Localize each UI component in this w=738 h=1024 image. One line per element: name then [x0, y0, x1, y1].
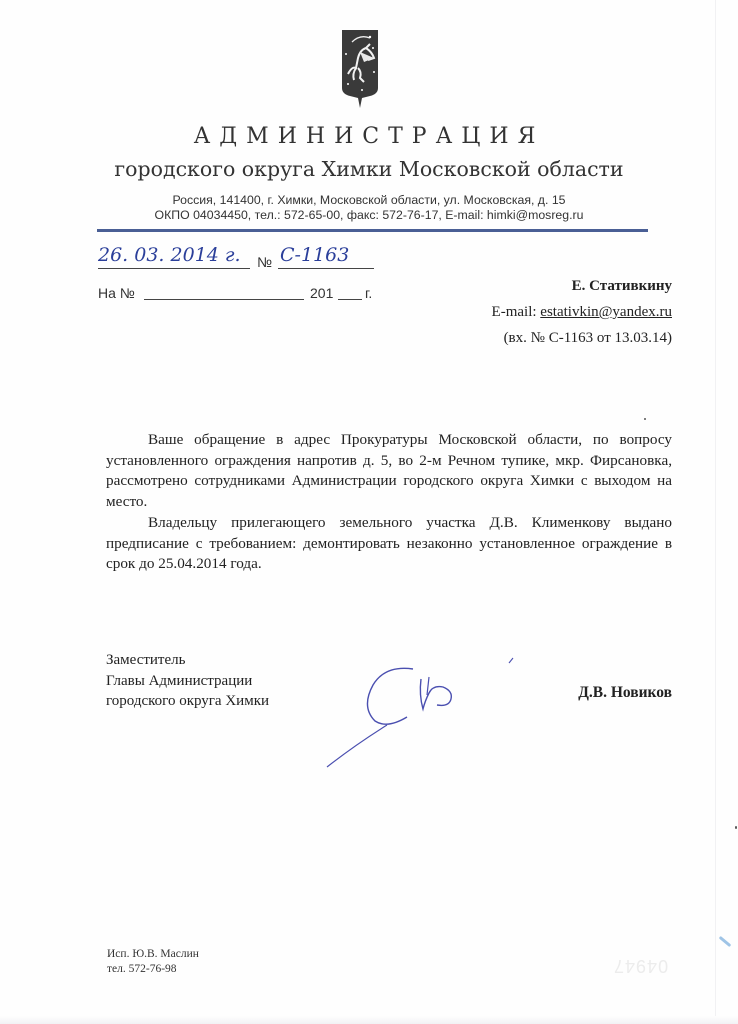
executor-name: Исп. Ю.В. Маслин [107, 947, 199, 962]
scan-speck [735, 826, 737, 829]
organization-subtitle: городского округа Химки Московской облас… [0, 157, 738, 181]
registration-number-label: № [257, 254, 272, 270]
letterhead-divider [97, 229, 648, 232]
email-label: E-mail: [492, 304, 541, 320]
registration-date: 26. 03. 2014 г. [98, 244, 241, 266]
reply-year-blank [338, 299, 362, 300]
faint-stamp-number: 04947 [613, 955, 668, 976]
executor-phone: тел. 572-76-98 [107, 962, 199, 977]
organization-contacts: ОКПО 04034450, тел.: 572-65-00, факс: 57… [0, 208, 738, 222]
signatory-name: Д.В. Новиков [578, 684, 672, 702]
scan-edge-bottom [0, 1016, 738, 1024]
addressee-email-link[interactable]: estativkin@yandex.ru [540, 304, 672, 320]
addressee-name: Е. Стативкину [572, 278, 672, 295]
signature-icon [325, 655, 525, 770]
reply-year-label: 201 [310, 285, 333, 301]
scan-edge [715, 0, 716, 1024]
number-underline [278, 268, 374, 269]
body-paragraph: Владельцу прилегающего земельного участк… [106, 513, 672, 575]
body-paragraph: Ваше обращение в адрес Прокуратуры Моско… [106, 430, 672, 513]
letter-body: Ваше обращение в адрес Прокуратуры Моско… [106, 430, 672, 575]
scan-speck [644, 418, 646, 420]
position-line: Заместитель [106, 650, 269, 671]
reply-year-suffix: г. [365, 285, 372, 301]
reply-to-label: На № [98, 285, 135, 301]
letter-page: АДМИНИСТРАЦИЯ городского округа Химки Мо… [0, 0, 738, 1024]
signatory-position: Заместитель Главы Администрации городско… [106, 650, 269, 712]
position-line: городского округа Химки [106, 691, 269, 712]
executor-info: Исп. Ю.В. Маслин тел. 572-76-98 [107, 947, 199, 977]
reply-number-blank [144, 299, 304, 300]
addressee-email-line: E-mail: estativkin@yandex.ru [492, 304, 672, 321]
organization-title: АДМИНИСТРАЦИЯ [0, 124, 738, 149]
coat-of-arms-icon [340, 28, 380, 110]
date-underline [98, 268, 250, 269]
position-line: Главы Администрации [106, 671, 269, 692]
registration-number: С-1163 [280, 244, 349, 266]
incoming-reference: (вх. № С-1163 от 13.03.14) [504, 330, 672, 347]
organization-address: Россия, 141400, г. Химки, Московской обл… [0, 193, 738, 207]
scan-blue-mark [719, 936, 732, 947]
